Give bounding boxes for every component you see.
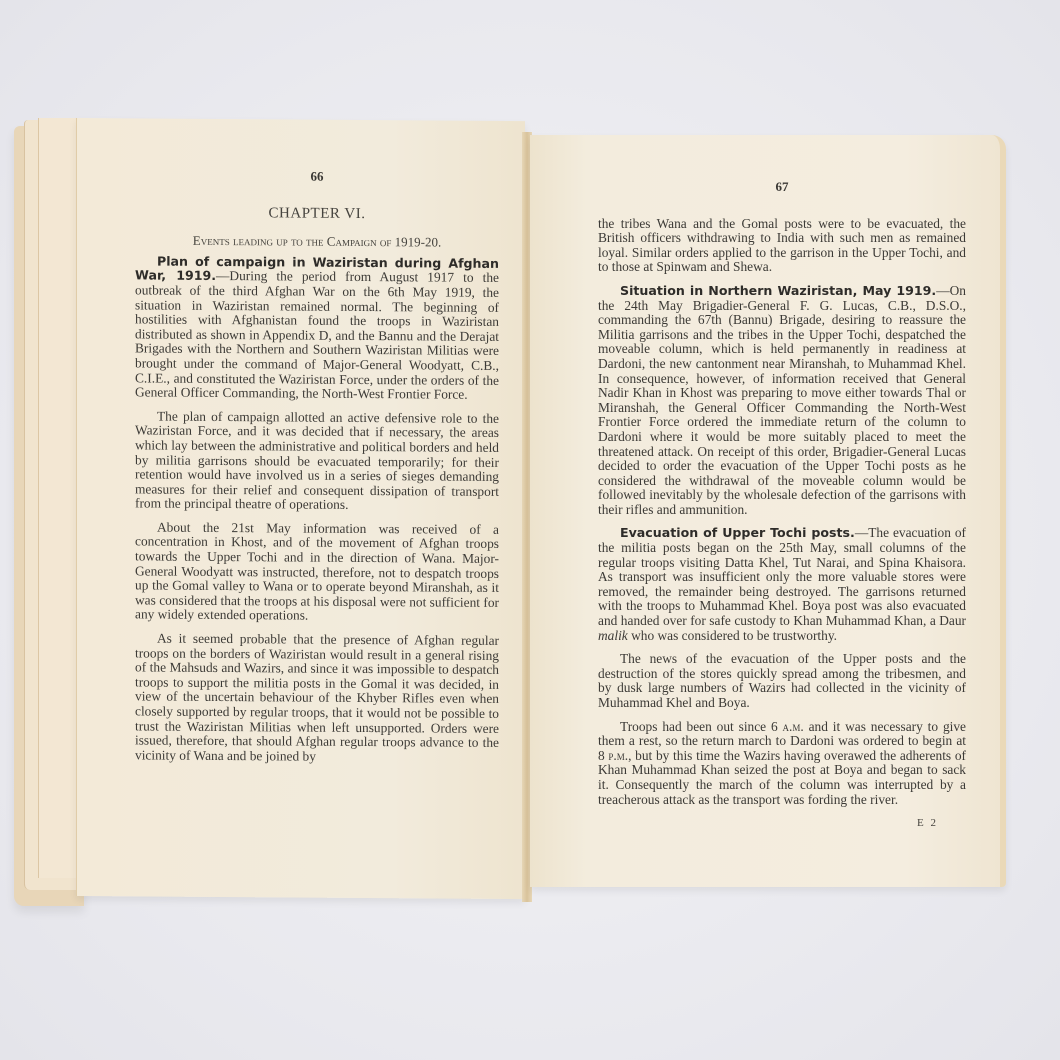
right-page: 67 the tribes Wana and the Gomal posts w… <box>530 135 1006 887</box>
chapter-subtitle: Events leading up to the Campaign of 191… <box>135 234 499 251</box>
paragraph-text: —During the period from August 1917 to t… <box>135 268 499 402</box>
paragraph: About the 21st May information was recei… <box>135 520 499 625</box>
page-number: 67 <box>598 180 966 195</box>
time-mark: p.m. <box>608 748 628 763</box>
paragraph: The plan of campaign allotted an active … <box>135 409 499 514</box>
signature-mark: E 2 <box>598 816 938 831</box>
paragraph: Evacuation of Upper Tochi posts.—The eva… <box>598 526 966 643</box>
paragraph-text: who was considered to be trustworthy. <box>628 628 837 643</box>
paragraph: As it seemed probable that the presence … <box>135 631 499 765</box>
time-mark: a.m. <box>783 719 804 734</box>
paragraph-text: Troops had been out since 6 <box>620 719 783 734</box>
left-page-text: 66 CHAPTER VI. Events leading up to the … <box>135 168 499 774</box>
paragraph: Plan of campaign in Waziristan during Af… <box>135 254 499 402</box>
right-page-text: 67 the tribes Wana and the Gomal posts w… <box>598 180 966 831</box>
paragraph: Troops had been out since 6 a.m. and it … <box>598 720 966 808</box>
paragraph: Situation in Northern Waziristan, May 19… <box>598 284 966 518</box>
continued-paragraph: the tribes Wana and the Gomal posts were… <box>598 217 966 275</box>
open-book-scene: 66 CHAPTER VI. Events leading up to the … <box>0 0 1060 1060</box>
paragraph: The news of the evacuation of the Upper … <box>598 652 966 710</box>
italic-term: malik <box>598 628 628 643</box>
paragraph-text: —On the 24th May Brigadier-General F. G.… <box>598 283 966 517</box>
stacked-page-edges <box>14 126 84 906</box>
chapter-title: CHAPTER VI. <box>135 205 499 222</box>
page-number: 66 <box>135 168 499 185</box>
section-heading: Evacuation of Upper Tochi posts. <box>620 525 855 540</box>
section-heading: Situation in Northern Waziristan, May 19… <box>620 283 936 298</box>
left-page: 66 CHAPTER VI. Events leading up to the … <box>76 118 525 899</box>
paragraph-text: —The evacuation of the militia posts beg… <box>598 525 966 628</box>
paragraph-text: , but by this time the Wazirs having ove… <box>598 748 966 807</box>
